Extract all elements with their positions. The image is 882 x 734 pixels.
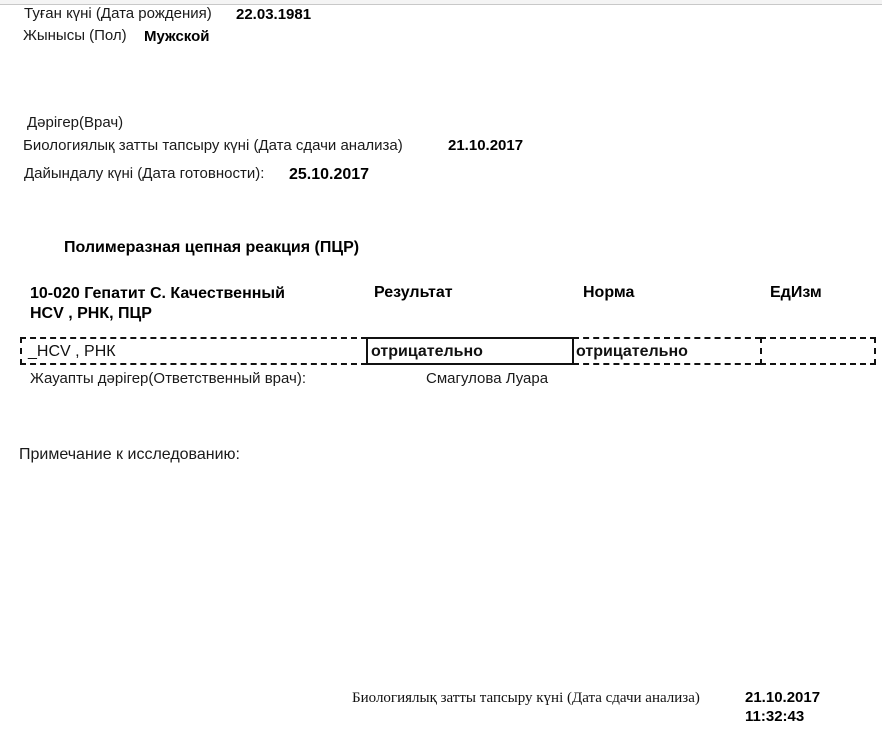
sample-date-label: Биологиялық затты тапсыру күні (Дата сда… <box>23 137 403 154</box>
column-header-norm: Норма <box>583 284 634 302</box>
ready-date-label: Дайындалу күні (Дата готовности): <box>24 165 264 182</box>
cell-result: отрицательно <box>366 337 574 365</box>
column-header-result: Результат <box>374 284 453 302</box>
section-title: Полимеразная цепная реакция (ПЦР) <box>64 239 359 257</box>
birth-date-value: 22.03.1981 <box>236 6 311 23</box>
test-header: 10-020 Гепатит С. Качественный HCV , РНК… <box>30 284 285 324</box>
test-header-line1: 10-020 Гепатит С. Качественный <box>30 284 285 304</box>
cell-test-name: _HCV , РНК <box>20 337 367 365</box>
birth-date-label: Туған күні (Дата рождения) <box>24 5 212 22</box>
responsible-doctor-label: Жауапты дәрігер(Ответственный врач): <box>30 370 306 387</box>
cell-norm: отрицательно <box>573 337 761 365</box>
sample-date-value: 21.10.2017 <box>448 137 523 154</box>
responsible-doctor-name: Смагулова Луара <box>426 370 548 387</box>
test-header-line2: HCV , РНК, ПЦР <box>30 304 285 324</box>
footer-sample-time: 11:32:43 <box>745 708 804 725</box>
table-row: _HCV , РНК отрицательно отрицательно <box>20 337 876 365</box>
sex-label: Жынысы (Пол) <box>23 27 127 44</box>
note-label: Примечание к исследованию: <box>19 446 240 464</box>
doctor-label: Дәрігер(Врач) <box>27 114 123 131</box>
sex-value: Мужской <box>144 28 210 45</box>
footer-sample-date: 21.10.2017 <box>745 689 820 706</box>
ready-date-value: 25.10.2017 <box>289 166 369 184</box>
cell-unit <box>760 337 876 365</box>
column-header-unit: ЕдИзм <box>770 284 822 302</box>
footer-sample-date-label: Биологиялық затты тапсыру күні (Дата сда… <box>352 690 700 707</box>
